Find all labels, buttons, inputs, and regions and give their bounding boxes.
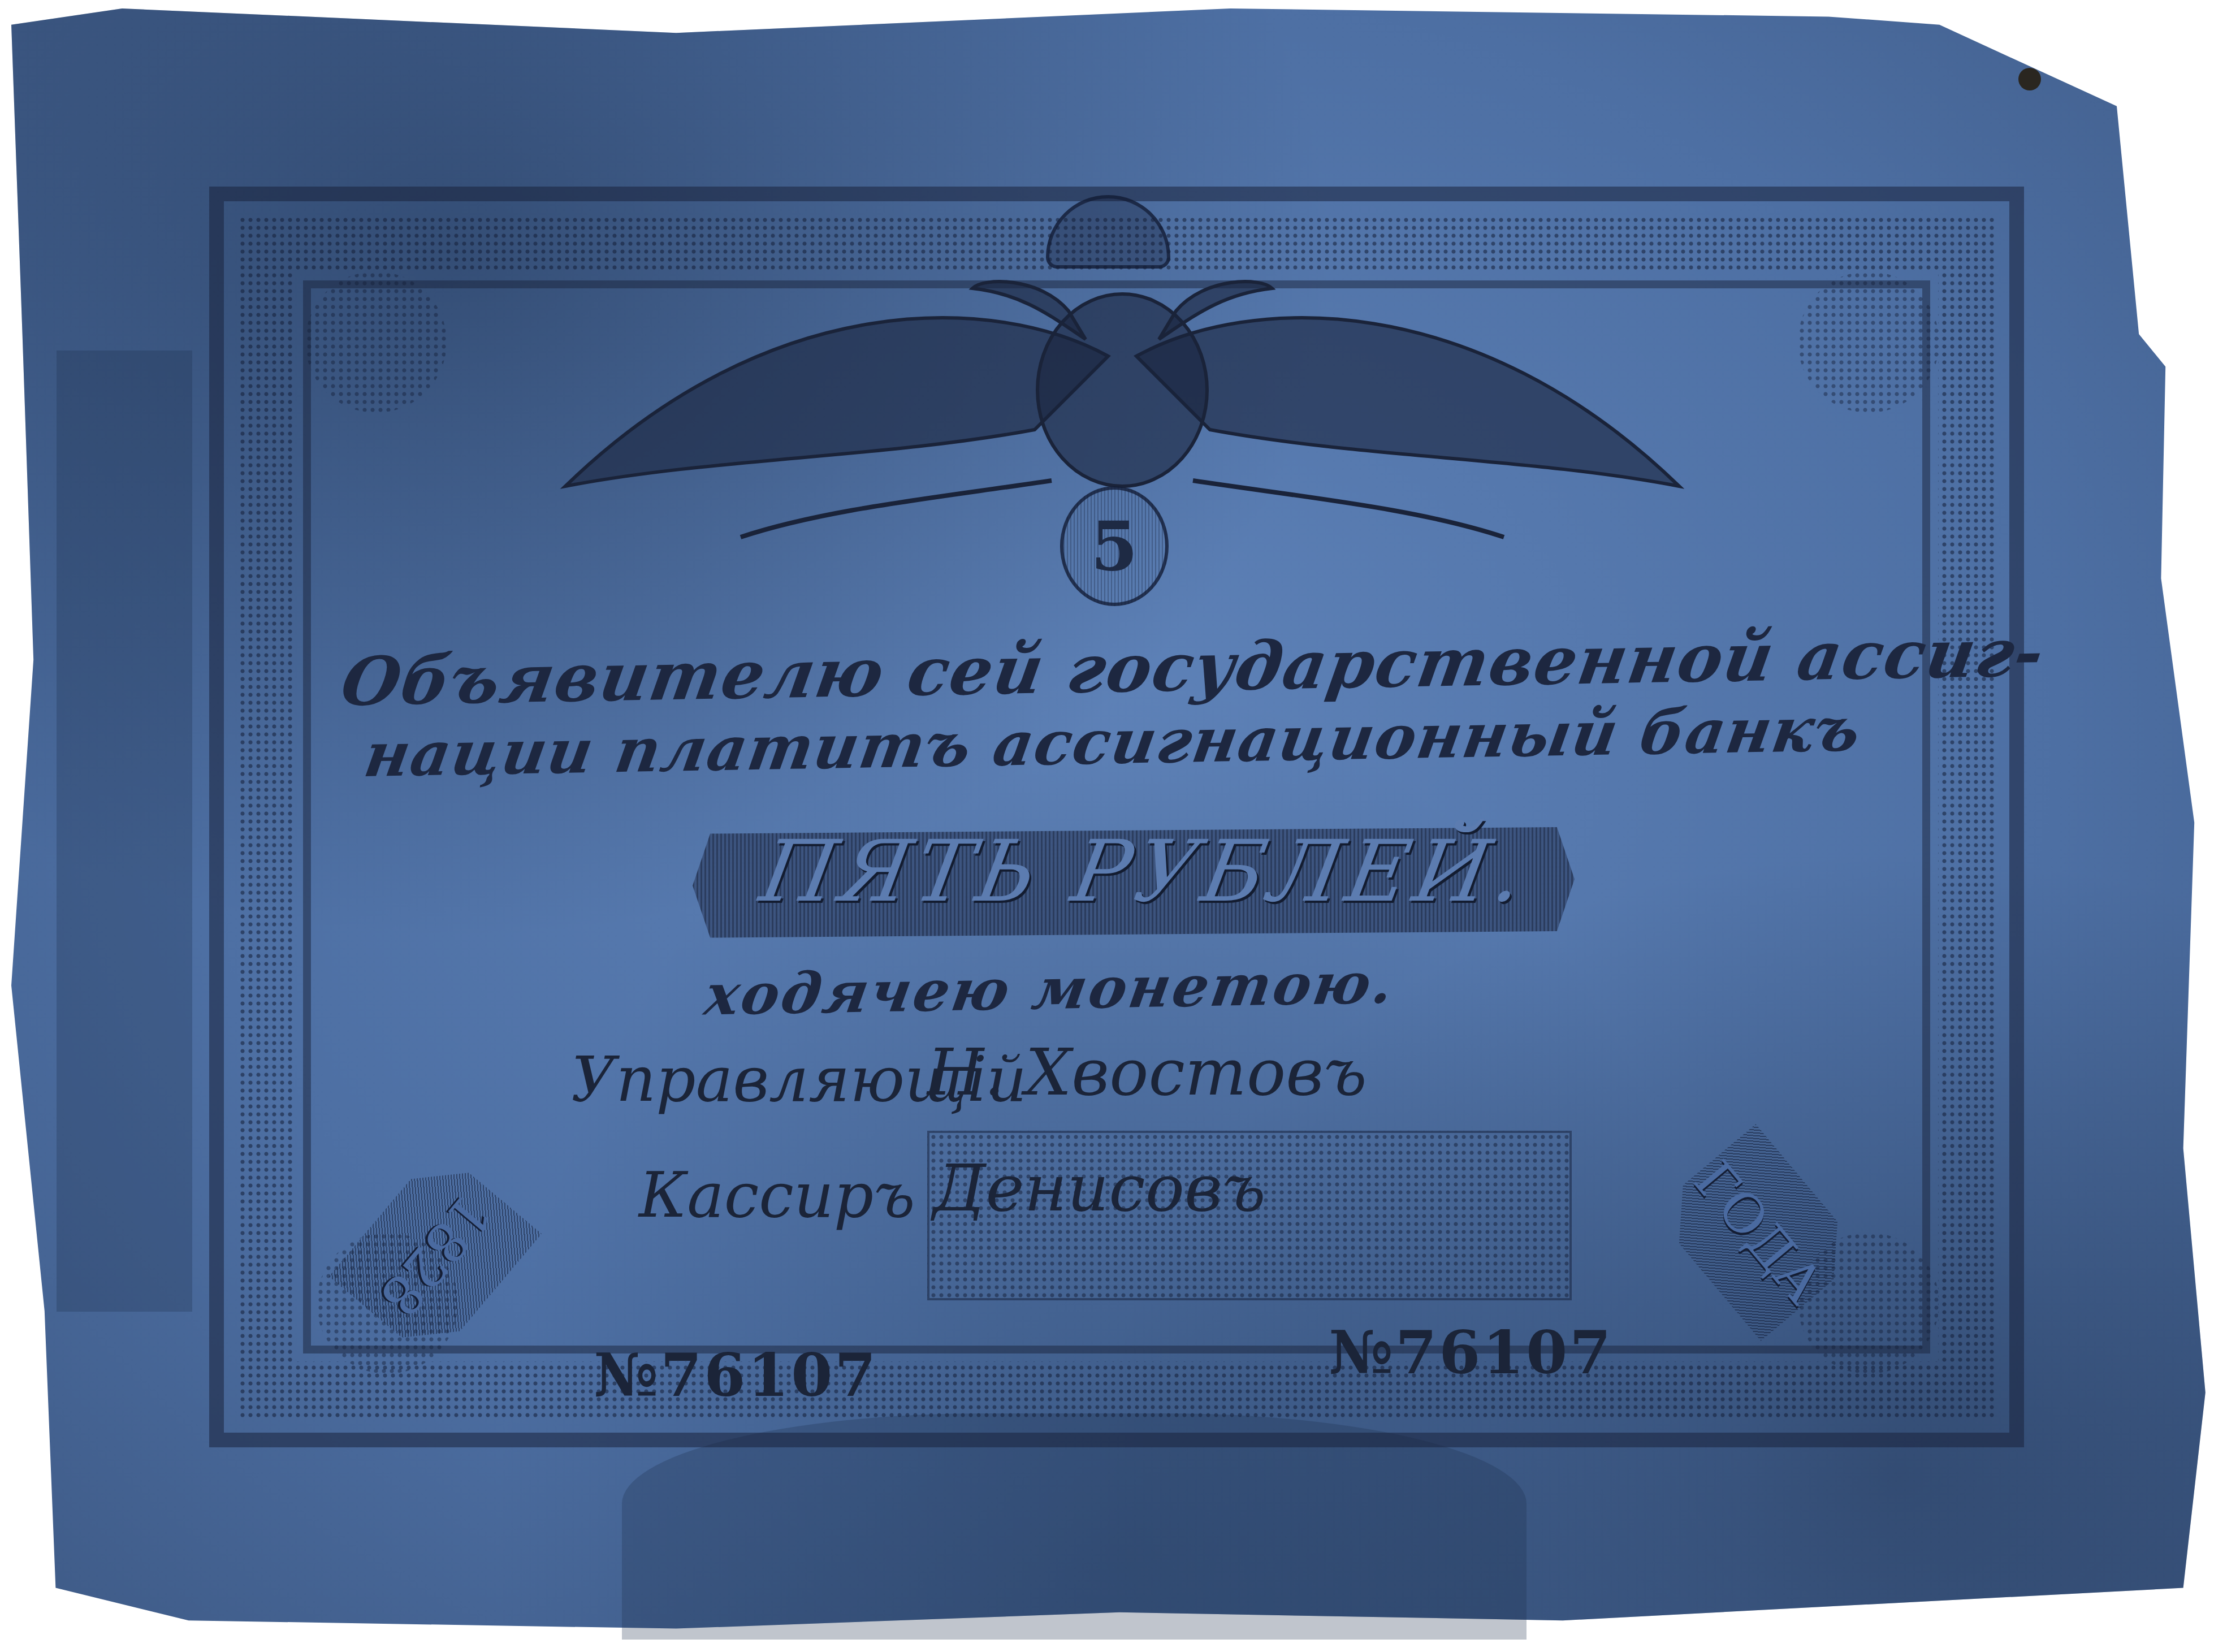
cashier-label: Кассиръ <box>639 1159 915 1231</box>
manager-signature: Н. Хвостовъ <box>927 1035 1367 1110</box>
paper-hole <box>2018 68 2041 90</box>
paper-stain <box>57 351 192 1312</box>
currency-text: ходячею монетою. <box>700 949 1400 1028</box>
serial-number-right: №76107 <box>1329 1317 1613 1387</box>
corner-ornament-top-right <box>1798 271 1939 413</box>
paper-stain <box>622 1413 1527 1640</box>
denomination-medallion: 5 <box>1060 486 1169 606</box>
corner-ornament-top-left <box>305 271 447 413</box>
denomination-numeral: 5 <box>1091 507 1138 586</box>
serial-number-left: №76107 <box>594 1340 878 1410</box>
cashier-signature: Денисовъ <box>933 1151 1266 1226</box>
denomination-text: ПЯТЬ РУБЛЕЙ. <box>727 823 1564 921</box>
